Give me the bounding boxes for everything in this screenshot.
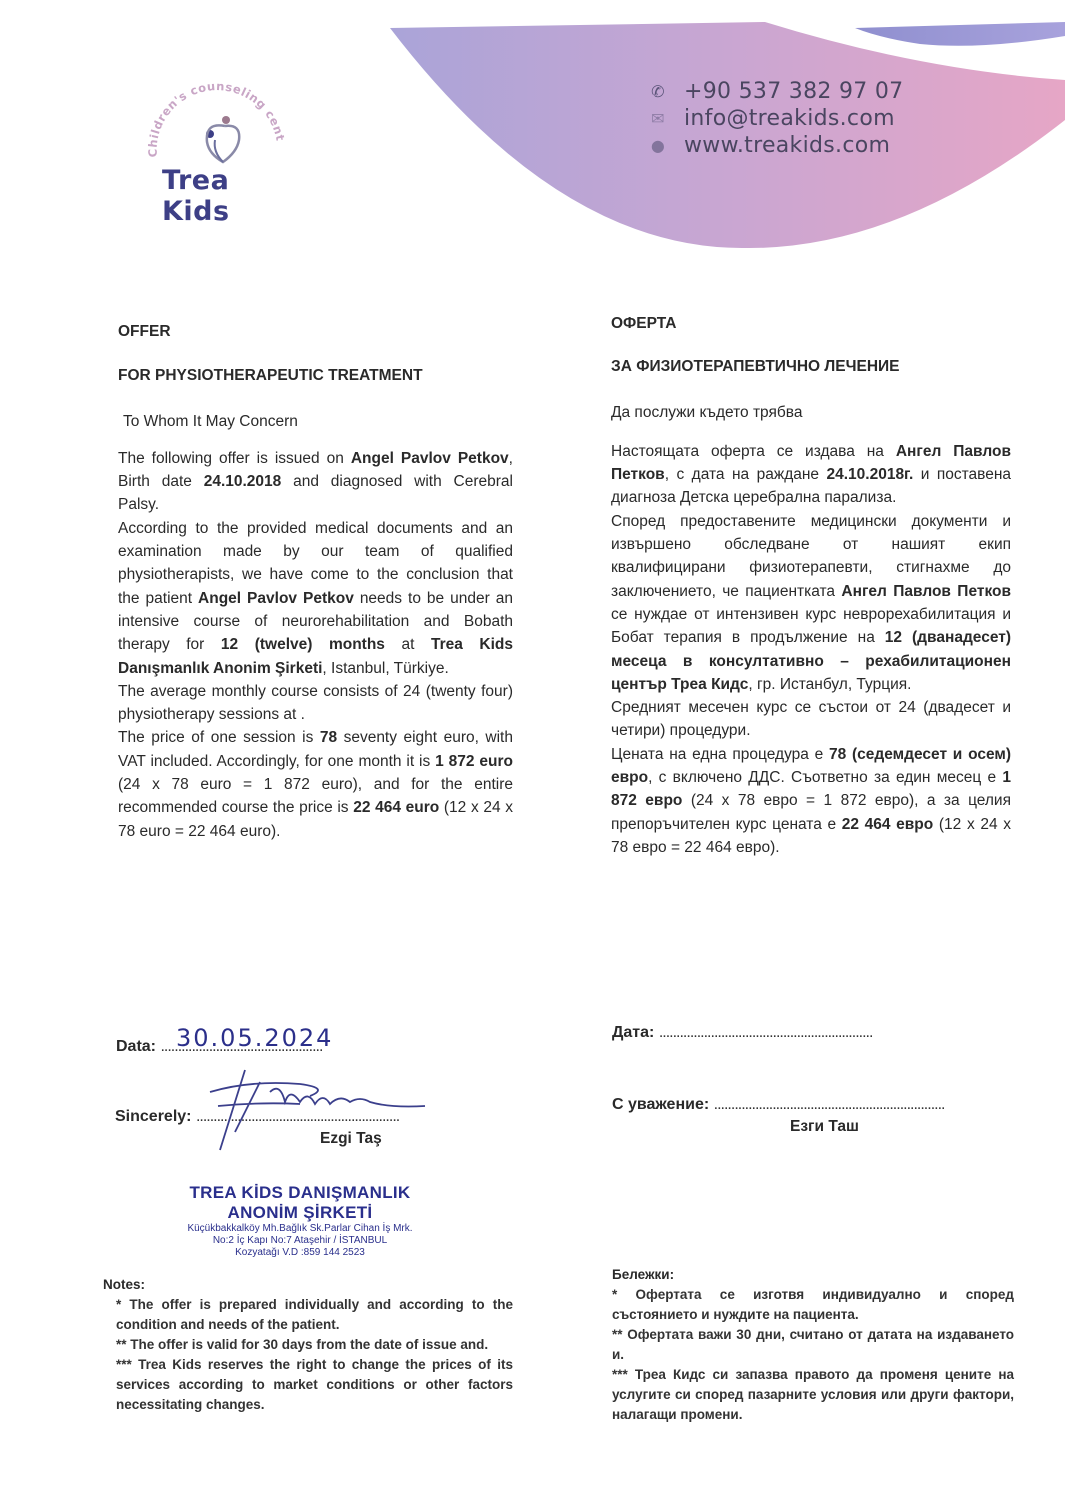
stamp-tax-id: Kozyatağı V.D :859 144 2523: [165, 1247, 435, 1259]
paragraph-patient: The following offer is issued on Angel P…: [118, 447, 513, 517]
paragraph-monthly-course: The average monthly course consists of 2…: [118, 680, 513, 727]
note-item-bg: *** Треа Кидс си запазва правото да пром…: [612, 1365, 1014, 1425]
phone-text: +90 537 382 97 07: [684, 79, 903, 104]
paragraph-patient-bg: Настоящата оферта се издава на Ангел Пав…: [611, 440, 1011, 510]
offer-title-bg: ОФЕРТА: [611, 312, 1011, 335]
offer-subtitle-bg: ЗА ФИЗИОТЕРАПЕВТИЧНО ЛЕЧЕНИЕ: [611, 355, 1011, 378]
handwritten-date: 30.05.2024: [176, 1024, 333, 1052]
note-item-bg: ** Офертата важи 30 дни, считано от дата…: [612, 1325, 1014, 1365]
paragraph-conclusion-bg: Според предоставените медицински докумен…: [611, 510, 1011, 696]
logo-arc-text: Children's counseling center: [135, 62, 288, 157]
signature-scribble: [190, 1062, 430, 1152]
paragraph-pricing: The price of one session is 78 seventy e…: [118, 726, 513, 842]
trea-kids-logo: Children's counseling center Trea Kids: [135, 62, 305, 202]
phone-icon: ✆: [648, 82, 668, 102]
sincerely-label-bg: С уважение:: [612, 1096, 709, 1113]
company-stamp: TREA KİDS DANIŞMANLIK ANONİM ŞİRKETİ Küç…: [165, 1183, 435, 1259]
paragraph-conclusion: According to the provided medical docume…: [118, 517, 513, 680]
sincerely-label: Sincerely:: [115, 1108, 191, 1125]
globe-icon: ●: [648, 136, 668, 156]
stamp-address1: Küçükbakkalköy Mh.Bağlık Sk.Parlar Cihan…: [165, 1223, 435, 1235]
stamp-address2: No:2 İç Kapı No:7 Ataşehir / İSTANBUL: [165, 1235, 435, 1247]
offer-subtitle: FOR PHYSIOTHERAPEUTIC TREATMENT: [118, 364, 513, 387]
paragraph-pricing-bg: Цената на една процедура е 78 (седемдесе…: [611, 743, 1011, 859]
website-text: www.treakids.com: [684, 133, 890, 158]
date-dots-bg: ........................................…: [659, 1024, 873, 1041]
email-text: info@treakids.com: [684, 106, 895, 131]
paragraph-monthly-course-bg: Средният месечен курс се състои от 24 (д…: [611, 696, 1011, 743]
contact-website: ● www.treakids.com: [648, 132, 903, 159]
contact-email: ✉ info@treakids.com: [648, 105, 903, 132]
salutation: To Whom It May Concern: [123, 410, 513, 433]
bulgarian-column: ОФЕРТА ЗА ФИЗИОТЕРАПЕВТИЧНО ЛЕЧЕНИЕ Да п…: [611, 312, 1011, 859]
note-item: ** The offer is valid for 30 days from t…: [103, 1335, 513, 1355]
english-column: OFFER FOR PHYSIOTHERAPEUTIC TREATMENT To…: [118, 320, 513, 843]
stamp-line1: TREA KİDS DANIŞMANLIK: [165, 1183, 435, 1203]
date-line-bg: Дата: ..................................…: [612, 1024, 872, 1042]
notes-en: Notes: * The offer is prepared individua…: [103, 1275, 513, 1415]
logo-title: Trea Kids: [162, 165, 305, 227]
salutation-bg: Да послужи където трябва: [611, 401, 1011, 424]
signature-dots-bg: ........................................…: [714, 1096, 945, 1113]
notes-bg: Бележки: * Офертата се изготвя индивидуа…: [612, 1265, 1014, 1425]
envelope-icon: ✉: [648, 109, 668, 129]
date-label: Data:: [116, 1038, 156, 1055]
contact-block: ✆ +90 537 382 97 07 ✉ info@treakids.com …: [648, 78, 903, 159]
note-item: *** Trea Kids reserves the right to chan…: [103, 1355, 513, 1415]
notes-title: Notes:: [103, 1275, 513, 1295]
notes-title-bg: Бележки:: [612, 1265, 1014, 1285]
contact-phone: ✆ +90 537 382 97 07: [648, 78, 903, 105]
note-item: * The offer is prepared individually and…: [103, 1295, 513, 1335]
signer-name-bg: Езги Таш: [790, 1118, 859, 1136]
sincerely-line-bg: С уважение: ............................…: [612, 1096, 944, 1114]
offer-title: OFFER: [118, 320, 513, 343]
stamp-line2: ANONİM ŞİRKETİ: [165, 1203, 435, 1223]
date-label-bg: Дата:: [612, 1024, 654, 1041]
heart-parent-child-icon: [206, 116, 239, 162]
signer-name: Ezgi Taş: [320, 1130, 382, 1148]
note-item-bg: * Офертата се изготвя индивидуално и спо…: [612, 1285, 1014, 1325]
svg-text:Children's counseling center: Children's counseling center: [135, 62, 288, 157]
